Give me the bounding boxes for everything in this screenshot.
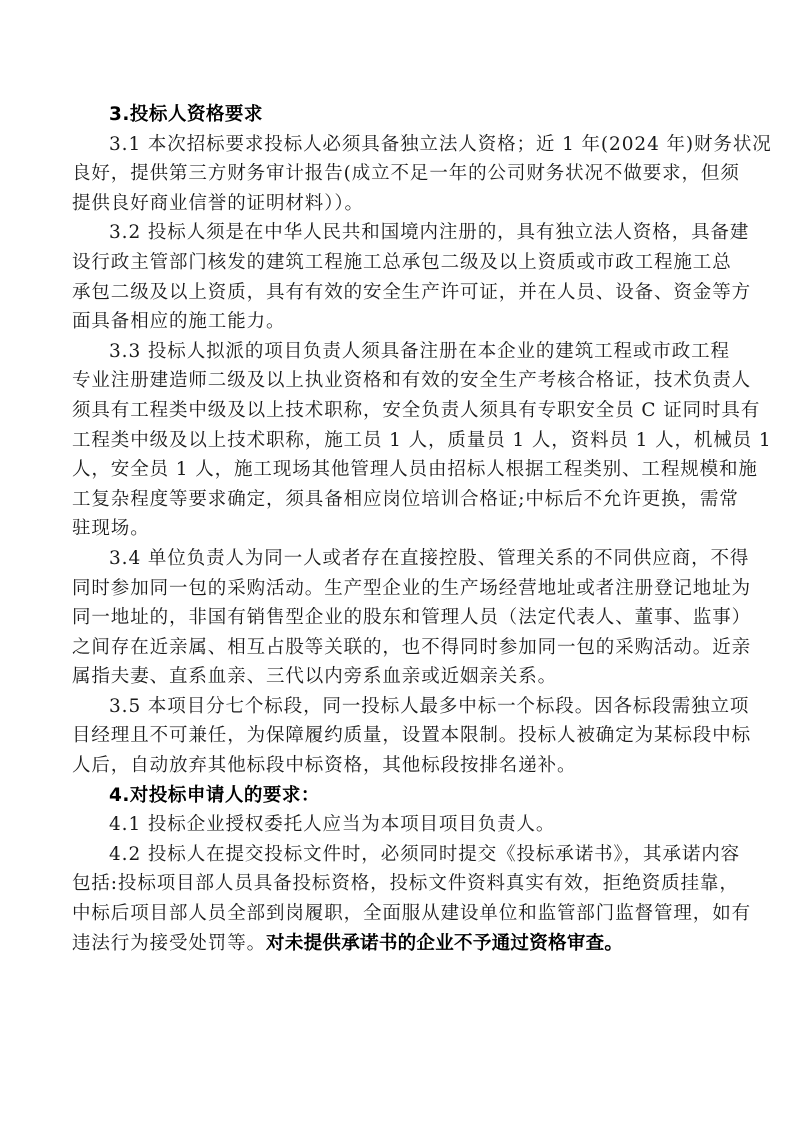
text-line: 良好，提供第三方财务审计报告(成立不足一年的公司财务状况不做要求，但须 (72, 159, 722, 189)
paragraph-3-2: 3.2 投标人须是在中华人民共和国境内注册的，具有独立法人资格，具备建 设行政主… (72, 218, 722, 336)
text-line-final: 违法行为接受处罚等。对未提供承诺书的企业不予通过资格审查。 (72, 929, 722, 959)
text-line: 3.2 投标人须是在中华人民共和国境内注册的，具有独立法人资格，具备建 (72, 218, 722, 248)
text-line: 目经理且不可兼任，为保障履约质量，设置本限制。投标人被确定为某标段中标 (72, 721, 722, 751)
text-line: 人，安全员 1 人，施工现场其他管理人员由招标人根据工程类别、工程规模和施 (72, 455, 722, 485)
paragraph-4-1: 4.1 投标企业授权委托人应当为本项目项目负责人。 (72, 810, 722, 840)
text-line: 设行政主管部门核发的建筑工程施工总承包二级及以上资质或市政工程施工总 (72, 248, 722, 278)
text-line: 面具备相应的施工能力。 (72, 307, 722, 337)
text-line: 中标后项目部人员全部到岗履职，全面服从建设单位和监管部门监督管理，如有 (72, 899, 722, 929)
text-line: 须具有工程类中级及以上技术职称，安全负责人须具有专职安全员 C 证同时具有 (72, 396, 722, 426)
text-line: 驻现场。 (72, 514, 722, 544)
paragraph-3-4: 3.4 单位负责人为同一人或者存在直接控股、管理关系的不同供应商，不得 同时参加… (72, 544, 722, 692)
text-line: 同时参加同一包的采购活动。生产型企业的生产场经营地址或者注册登记地址为 (72, 574, 722, 604)
section-4-heading: 4.对投标申请人的要求： (72, 781, 722, 811)
text-line: 3.3 投标人拟派的项目负责人须具备注册在本企业的建筑工程或市政工程 (72, 337, 722, 367)
text-line: 4.2 投标人在提交投标文件时，必须同时提交《投标承诺书》，其承诺内容 (72, 840, 722, 870)
text-line: 工程类中级及以上技术职称，施工员 1 人，质量员 1 人，资料员 1 人，机械员… (72, 426, 722, 456)
text-line: 承包二级及以上资质，具有有效的安全生产许可证，并在人员、设备、资金等方 (72, 278, 722, 308)
text-line: 包括:投标项目部人员具备投标资格，投标文件资料真实有效，拒绝资质挂靠， (72, 869, 722, 899)
final-text-normal: 违法行为接受处罚等。 (72, 933, 266, 954)
paragraph-3-3: 3.3 投标人拟派的项目负责人须具备注册在本企业的建筑工程或市政工程 专业注册建… (72, 337, 722, 544)
document-page: 3.投标人资格要求 3.1 本次招标要求投标人必须具备独立法人资格；近 1 年(… (72, 100, 722, 958)
text-line: 3.4 单位负责人为同一人或者存在直接控股、管理关系的不同供应商，不得 (72, 544, 722, 574)
section-3-heading: 3.投标人资格要求 (72, 100, 722, 130)
text-line: 同一地址的，非国有销售型企业的股东和管理人员（法定代表人、董事、监事） (72, 603, 722, 633)
text-line: 属指夫妻、直系血亲、三代以内旁系血亲或近姻亲关系。 (72, 662, 722, 692)
text-line: 工复杂程度等要求确定，须具备相应岗位培训合格证;中标后不允许更换，需常 (72, 485, 722, 515)
text-line: 之间存在近亲属、相互占股等关联的，也不得同时参加同一包的采购活动。近亲 (72, 633, 722, 663)
final-text-bold-notice: 对未提供承诺书的企业不予通过资格审查。 (266, 933, 623, 954)
paragraph-3-5: 3.5 本项目分七个标段，同一投标人最多中标一个标段。因各标段需独立项 目经理且… (72, 692, 722, 781)
text-line: 4.1 投标企业授权委托人应当为本项目项目负责人。 (72, 810, 722, 840)
text-line: 专业注册建造师二级及以上执业资格和有效的安全生产考核合格证，技术负责人 (72, 366, 722, 396)
text-line: 人后，自动放弃其他标段中标资格，其他标段按排名递补。 (72, 751, 722, 781)
text-line: 3.5 本项目分七个标段，同一投标人最多中标一个标段。因各标段需独立项 (72, 692, 722, 722)
text-line: 3.1 本次招标要求投标人必须具备独立法人资格；近 1 年(2024 年)财务状… (72, 130, 722, 160)
paragraph-3-1: 3.1 本次招标要求投标人必须具备独立法人资格；近 1 年(2024 年)财务状… (72, 130, 722, 219)
text-line: 提供良好商业信誉的证明材料））。 (72, 189, 722, 219)
paragraph-4-2: 4.2 投标人在提交投标文件时，必须同时提交《投标承诺书》，其承诺内容 包括:投… (72, 840, 722, 958)
